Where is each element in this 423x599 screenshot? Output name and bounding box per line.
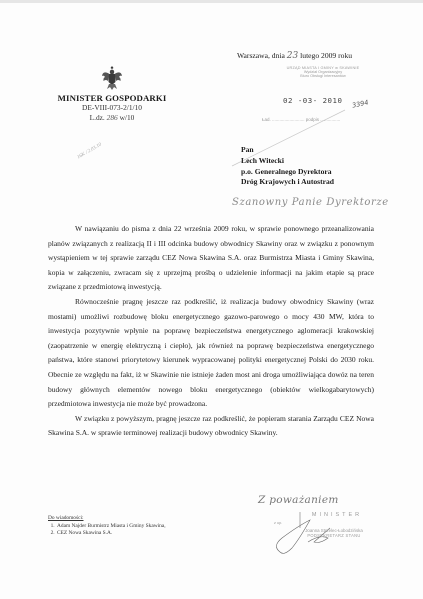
- paragraph: W nawiązaniu do pisma z dnia 22 września…: [48, 222, 374, 295]
- letter-page: MINISTER GOSPODARKI DE-VIII-073-2/1/10 L…: [0, 0, 423, 599]
- handwritten-day: 23: [287, 51, 298, 61]
- handwritten-registry-number: 3394: [351, 98, 369, 109]
- received-stamp-date: 02 -03- 2010: [283, 96, 342, 105]
- ldz-number: L.dz. 286 w/10: [40, 113, 184, 123]
- recipient-address: Pan Lech Witecki p.o. Generalnego Dyrekt…: [241, 145, 334, 188]
- place-and-date: Warszawa, dnia 23 lutego 2009 roku: [237, 51, 352, 61]
- cc-heading: Do wiadomości:: [48, 515, 166, 523]
- carbon-copy-list: Do wiadomości: Adam Najder Burmistrz Mia…: [48, 515, 166, 538]
- cc-item: Adam Najder Burmistrz Miasta i Gminy Ska…: [56, 523, 166, 531]
- reference-number: DE-VIII-073-2/1/10: [40, 103, 184, 113]
- paragraph: Równocześnie pragnę jeszcze raz podkreśl…: [48, 295, 374, 412]
- sender-title: MINISTER GOSPODARKI: [40, 93, 184, 103]
- sender-block: MINISTER GOSPODARKI DE-VIII-073-2/1/10 L…: [40, 93, 184, 123]
- margin-note: 16K / 2.03.10: [77, 143, 103, 161]
- handwritten-salutation: Szanowny Panie Dyrektorze: [232, 197, 389, 208]
- signature-stamp: MINISTER z up. Joanna Strzelec-Łobodzińs…: [274, 512, 394, 538]
- cc-item: CEZ Nowa Skawina S.A.: [56, 530, 166, 538]
- paragraph: W związku z powyższym, pragnę jeszcze ra…: [48, 412, 374, 441]
- letter-body: W nawiązaniu do pisma z dnia 22 września…: [48, 222, 374, 441]
- signatory-role: MINISTER: [274, 512, 394, 518]
- polish-eagle-emblem-icon: [101, 64, 123, 91]
- handwritten-closing: Z poważaniem: [258, 494, 339, 506]
- signatory-position: PODSEKRETARZ STANU: [274, 533, 394, 538]
- received-stamp: URZĄD MIASTA I GMINY w SKAWINIE Wydział …: [268, 66, 378, 78]
- scan-edge: [0, 0, 423, 3]
